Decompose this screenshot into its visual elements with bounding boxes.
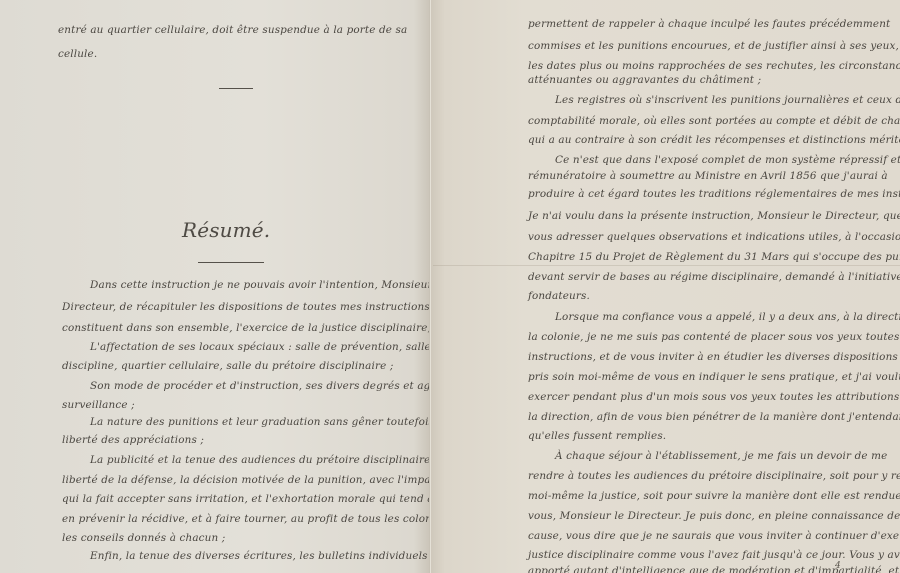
manuscript-spread: entré au quartier cellulaire, doit être … [0,0,900,573]
text-line: surveillance ; [62,397,135,413]
text-line: apporté autant d'intelligence que de mod… [528,563,900,573]
text-line: la direction, afin de vous bien pénétrer… [528,409,900,425]
text-line: instructions, et de vous inviter à en ét… [528,349,900,365]
text-line: qu'elles fussent remplies. [528,428,666,444]
text-line: Son mode de procéder et d'instruction, s… [90,378,470,394]
text-line: commises et les punitions encourues, et … [528,38,900,54]
text-line: atténuantes ou aggravantes du châtiment … [528,72,761,88]
text-line: Directeur, de récapituler les dispositio… [62,299,454,315]
text-line: Lorsque ma confiance vous a appelé, il y… [555,309,900,325]
text-line: Enfin, la tenue des diverses écritures, … [90,548,448,564]
text-line: rémunératoire à soumettre au Ministre en… [528,168,888,184]
text-line: vous, Monsieur le Directeur. Je puis don… [528,508,900,524]
text-line: vous adresser quelques observations et i… [528,229,900,245]
text-line: produire à cet égard toutes les traditio… [528,186,900,202]
fold-crease [433,265,900,266]
text-line: À chaque séjour à l'établissement, je me… [555,448,887,464]
text-line: constituent dans son ensemble, l'exercic… [62,320,474,336]
text-line: qui a au contraire à son crédit les réco… [528,132,900,148]
text-line: rendre à toutes les audiences du prétoir… [528,468,900,484]
section-heading: Résumé. [182,218,270,242]
right-page: permettent de rappeler à chaque inculpé … [431,0,900,573]
text-line: devant servir de bases au régime discipl… [528,269,900,285]
heading-underline [198,262,264,263]
text-line: en prévenir la récidive, et à faire tour… [62,511,478,527]
text-line: entré au quartier cellulaire, doit être … [58,22,407,38]
text-line: Les registres où s'inscrivent les puniti… [555,92,900,108]
text-line: Je n'ai voulu dans la présente instructi… [528,208,900,224]
text-line: discipline, quartier cellulaire, salle d… [62,358,393,374]
left-page: entré au quartier cellulaire, doit être … [0,0,431,573]
page-number: 4 [835,561,841,571]
text-line: liberté de la défense, la décision motiv… [62,472,468,488]
text-line: qui la fait accepter sans irritation, et… [62,491,434,507]
text-line: la colonie, je ne me suis pas contenté d… [528,329,900,345]
text-line: cellule. [58,46,97,62]
text-line: moi-même la justice, soit pour suivre la… [528,488,900,504]
text-line: les conseils donnés à chacun ; [62,530,225,546]
text-line: Dans cette instruction je ne pouvais avo… [90,277,446,293]
text-line: Ce n'est que dans l'exposé complet de mo… [555,152,900,168]
text-line: exercer pendant plus d'un mois sous vos … [528,389,900,405]
text-line: cause, vous dire que je ne saurais que v… [528,528,900,544]
separator-rule [219,88,253,89]
text-line: permettent de rappeler à chaque inculpé … [528,16,890,32]
text-line: fondateurs. [528,288,590,304]
text-line: justice disciplinaire comme vous l'avez … [528,547,900,563]
text-line: Chapitre 15 du Projet de Règlement du 31… [528,249,900,265]
text-line: L'affectation de ses locaux spéciaux : s… [90,339,447,355]
text-line: liberté des appréciations ; [62,432,204,448]
text-line: La publicité et la tenue des audiences d… [90,452,447,468]
text-line: comptabilité morale, où elles sont porté… [528,113,900,129]
text-line: pris soin moi-même de vous en indiquer l… [528,369,900,385]
text-line: La nature des punitions et leur graduati… [90,414,447,430]
